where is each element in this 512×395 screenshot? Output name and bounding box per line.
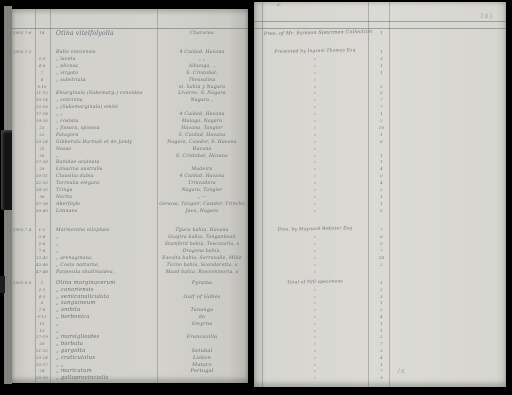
count-column-rule-left — [368, 2, 369, 387]
right-header-rule — [254, 28, 506, 29]
count-column-rule-right — [389, 2, 390, 387]
regno-column-rule — [50, 9, 51, 383]
ledger-photo: 281 a. 18. 1903 7-6.18Otina vitelfolyoll… — [0, 0, 512, 395]
date-column-rule — [35, 9, 36, 383]
left-header-rule — [12, 28, 248, 29]
left-page — [12, 9, 248, 383]
right-top-rule — [254, 21, 506, 22]
right-page — [254, 2, 506, 387]
locality-column-rule — [157, 9, 158, 383]
spine-dark-mark — [0, 276, 5, 293]
photo-right-edge — [506, 0, 512, 395]
right-margin-rule — [262, 2, 263, 387]
